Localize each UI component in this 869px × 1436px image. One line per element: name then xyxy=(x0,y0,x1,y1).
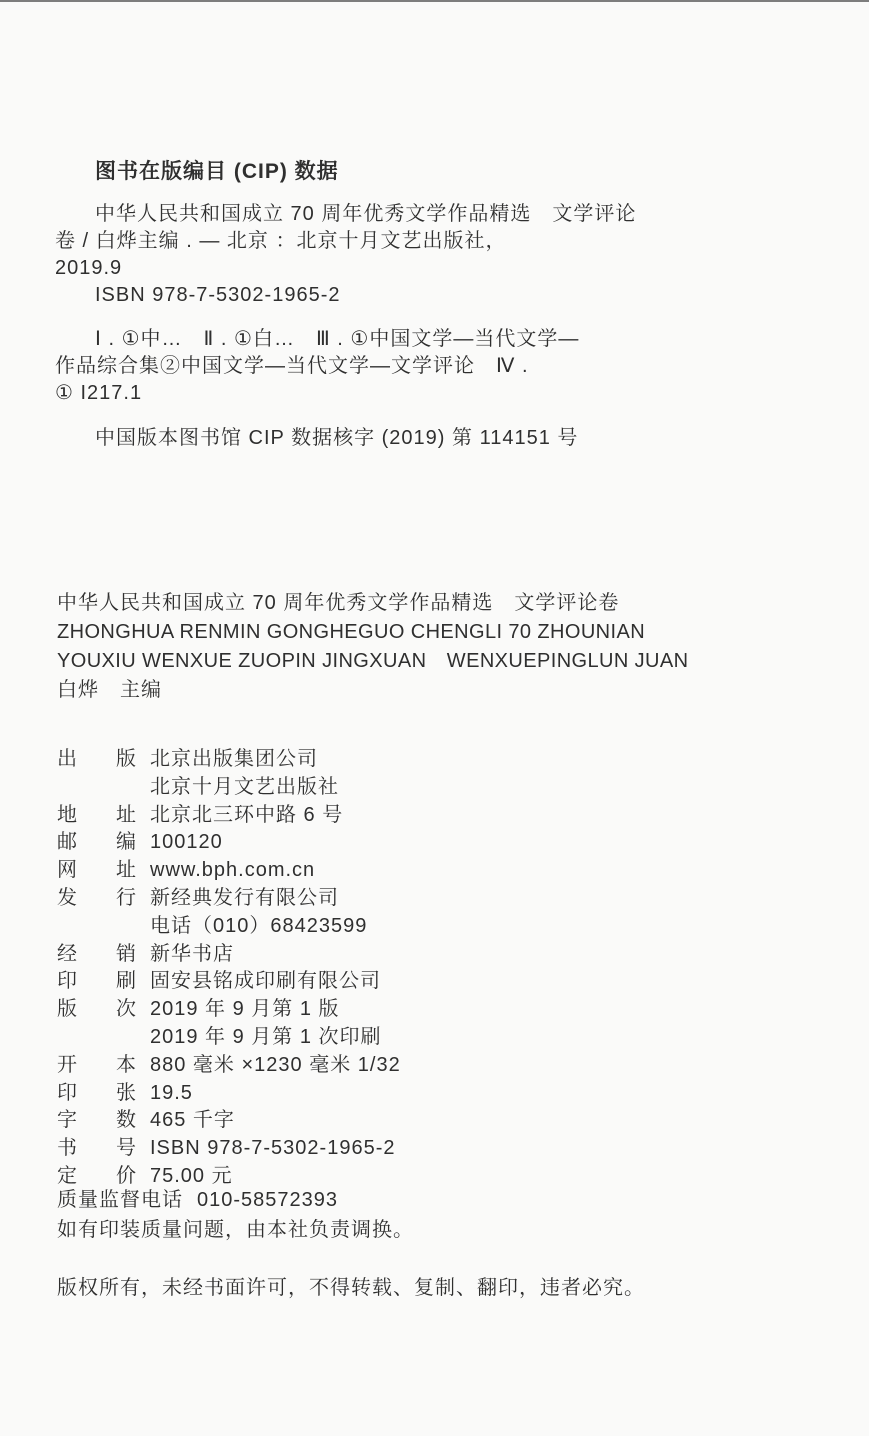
book-title-block: 中华人民共和国成立 70 周年优秀文学作品精选 文学评论卷 ZHONGHUA R… xyxy=(57,589,757,705)
book-title-pinyin-2: YOUXIU WENXUE ZUOPIN JINGXUAN WENXUEPING… xyxy=(57,647,757,676)
colophon-row-edition: 版次2019 年 9 月第 1 版 xyxy=(57,996,757,1024)
colophon-value: ISBN 978-7-5302-1965-2 xyxy=(150,1137,395,1159)
colophon-value: 880 毫米 ×1230 毫米 1/32 xyxy=(150,1054,401,1076)
colophon-value: 19.5 xyxy=(150,1082,193,1104)
book-title-pinyin-1: ZHONGHUA RENMIN GONGHEGUO CHENGLI 70 ZHO… xyxy=(57,618,757,647)
book-title-chinese: 中华人民共和国成立 70 周年优秀文学作品精选 文学评论卷 xyxy=(57,589,757,618)
colophon-list: 出版北京出版集团公司 北京十月文艺出版社 地址北京北三环中路 6 号 邮编100… xyxy=(57,746,757,1191)
scan-edge-artifact xyxy=(0,0,869,2)
colophon-row-publisher-2: 北京十月文艺出版社 xyxy=(57,774,757,802)
colophon-label: 书号 xyxy=(57,1135,137,1163)
colophon-label: 网址 xyxy=(57,857,137,885)
quality-phone-number: 010-58572393 xyxy=(197,1189,338,1211)
colophon-value: 北京北三环中路 6 号 xyxy=(150,804,343,826)
copyright-page: { "page": { "bg_color": "#fafaf9", "text… xyxy=(0,0,869,1436)
cip-title-line: 中华人民共和国成立 70 周年优秀文学作品精选 文学评论 xyxy=(55,201,695,228)
colophon-label: 经销 xyxy=(57,941,137,969)
colophon-label: 版次 xyxy=(57,996,137,1024)
colophon-value: 75.00 元 xyxy=(150,1165,233,1187)
colophon-value: 新经典发行有限公司 xyxy=(150,887,339,909)
cip-publisher-line: 卷 / 白烨主编 . — 北京 ：北京十月文艺出版社， xyxy=(55,228,695,255)
colophon-row-printer: 印刷固安县铭成印刷有限公司 xyxy=(57,968,757,996)
cip-record-number: 中国版本图书馆 CIP 数据核字 (2019) 第 114151 号 xyxy=(55,425,695,452)
cip-class-line-2: 作品综合集②中国文学—当代文学—文学评论 Ⅳ . xyxy=(55,353,695,380)
quality-phone-label: 质量监督电话 xyxy=(57,1189,183,1211)
colophon-value: 北京十月文艺出版社 xyxy=(150,776,339,798)
colophon-value: 2019 年 9 月第 1 版 xyxy=(150,998,340,1020)
colophon-row-address: 地址北京北三环中路 6 号 xyxy=(57,802,757,830)
colophon-value: 北京出版集团公司 xyxy=(150,748,318,770)
cip-description-paragraph: 中华人民共和国成立 70 周年优秀文学作品精选 文学评论 卷 / 白烨主编 . … xyxy=(55,201,695,309)
colophon-label: 字数 xyxy=(57,1107,137,1135)
cip-isbn-line: ISBN 978-7-5302-1965-2 xyxy=(55,282,695,309)
colophon-row-retailer: 经销新华书店 xyxy=(57,941,757,969)
colophon-label: 发行 xyxy=(57,885,137,913)
colophon-row-printing: 2019 年 9 月第 1 次印刷 xyxy=(57,1024,757,1052)
colophon-value: 固安县铭成印刷有限公司 xyxy=(150,970,381,992)
scanned-copyright-page: 图书在版编目 (CIP) 数据 中华人民共和国成立 70 周年优秀文学作品精选 … xyxy=(0,0,869,1436)
colophon-row-distributor: 发行新经典发行有限公司 xyxy=(57,885,757,913)
colophon-label: 印张 xyxy=(57,1080,137,1108)
colophon-value: 电话（010）68423599 xyxy=(150,915,367,937)
colophon-row-sheets: 印张19.5 xyxy=(57,1080,757,1108)
colophon-label: 出版 xyxy=(57,746,137,774)
colophon-row-publisher: 出版北京出版集团公司 xyxy=(57,746,757,774)
colophon-label: 地址 xyxy=(57,802,137,830)
quality-phone-line: 质量监督电话010-58572393 xyxy=(57,1186,777,1216)
colophon-value: 新华书店 xyxy=(150,943,234,965)
cip-classification-paragraph: Ⅰ . ①中… Ⅱ . ①白… Ⅲ . ①中国文学—当代文学— 作品综合集②中国… xyxy=(55,326,695,407)
colophon-row-isbn: 书号ISBN 978-7-5302-1965-2 xyxy=(57,1135,757,1163)
colophon-label: 邮编 xyxy=(57,829,137,857)
cip-heading: 图书在版编目 (CIP) 数据 xyxy=(55,158,695,185)
cip-date-line: 2019.9 xyxy=(55,255,695,282)
colophon-row-distributor-phone: 电话（010）68423599 xyxy=(57,913,757,941)
colophon-label: 印刷 xyxy=(57,968,137,996)
colophon-row-website: 网址www.bph.com.cn xyxy=(57,857,757,885)
colophon-value: www.bph.com.cn xyxy=(150,859,315,881)
colophon-value: 100120 xyxy=(150,831,223,853)
exchange-note: 如有印装质量问题，由本社负责调换。 xyxy=(57,1216,777,1246)
colophon-value: 465 千字 xyxy=(150,1109,235,1131)
footer-notices: 质量监督电话010-58572393 如有印装质量问题，由本社负责调换。 版权所… xyxy=(57,1186,777,1304)
colophon-label: 开本 xyxy=(57,1052,137,1080)
cip-data-block: 图书在版编目 (CIP) 数据 中华人民共和国成立 70 周年优秀文学作品精选 … xyxy=(55,158,695,452)
colophon-value: 2019 年 9 月第 1 次印刷 xyxy=(150,1026,382,1048)
cip-class-line-3: ① I217.1 xyxy=(55,380,695,407)
colophon-row-postcode: 邮编100120 xyxy=(57,829,757,857)
colophon-row-format: 开本880 毫米 ×1230 毫米 1/32 xyxy=(57,1052,757,1080)
book-editor: 白烨 主编 xyxy=(57,676,757,705)
cip-class-line-1: Ⅰ . ①中… Ⅱ . ①白… Ⅲ . ①中国文学—当代文学— xyxy=(55,326,695,353)
colophon-row-wordcount: 字数465 千字 xyxy=(57,1107,757,1135)
copyright-note: 版权所有，未经书面许可，不得转载、复制、翻印，违者必究。 xyxy=(57,1274,777,1304)
